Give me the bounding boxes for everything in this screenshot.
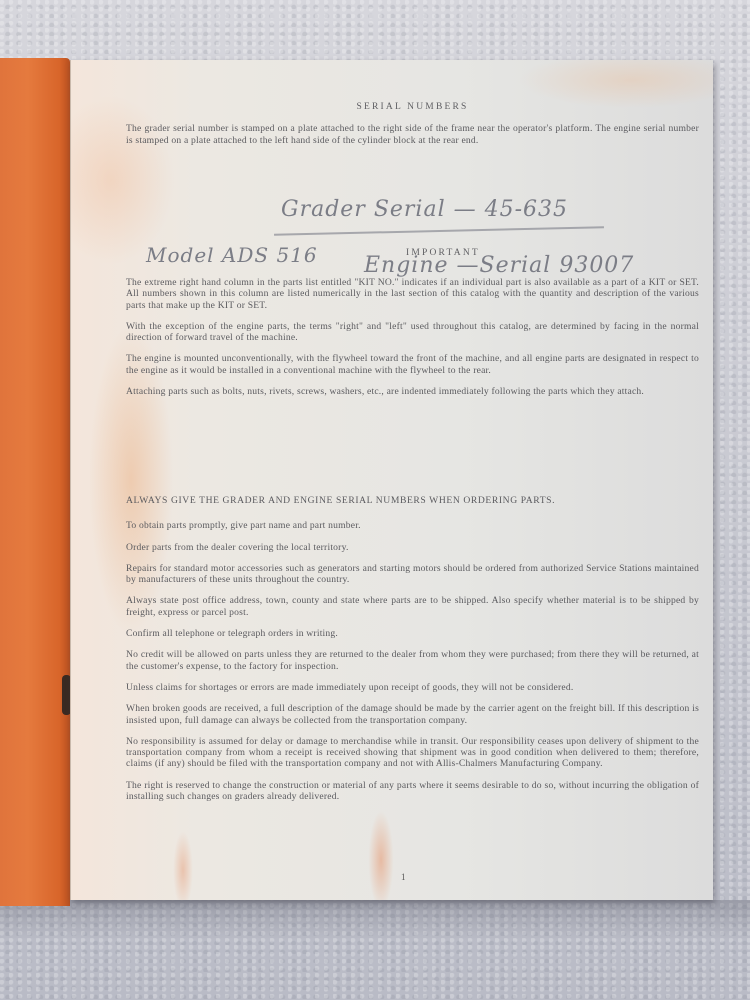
ordering-paragraph: Confirm all telephone or telegraph order… (126, 628, 699, 639)
ordering-paragraph: No responsibility is assumed for delay o… (126, 736, 699, 770)
important-paragraph: With the exception of the engine parts, … (126, 321, 699, 344)
page-title: SERIAL NUMBERS (126, 102, 699, 113)
important-paragraph: Attaching parts such as bolts, nuts, riv… (126, 386, 699, 397)
important-paragraph: The engine is mounted unconventionally, … (126, 353, 699, 376)
ordering-paragraph: Always state post office address, town, … (126, 595, 699, 618)
ordering-paragraph: When broken goods are received, a full d… (126, 703, 699, 726)
ordering-paragraph: No credit will be allowed on parts unles… (126, 649, 699, 672)
handwritten-grader-serial: Grader Serial — 45-635 (281, 204, 568, 215)
ordering-paragraph: Unless claims for shortages or errors ar… (126, 682, 699, 693)
serial-intro-paragraph: The grader serial number is stamped on a… (126, 123, 699, 146)
handwritten-model: Model ADS 516 (146, 250, 318, 261)
catalog-page: SERIAL NUMBERS The grader serial number … (70, 60, 713, 900)
important-paragraph: The extreme right hand column in the par… (126, 277, 699, 311)
page-content: SERIAL NUMBERS The grader serial number … (126, 102, 699, 156)
ordering-heading: ALWAYS GIVE THE GRADER AND ENGINE SERIAL… (126, 495, 699, 506)
ordering-section: ALWAYS GIVE THE GRADER AND ENGINE SERIAL… (126, 495, 699, 812)
background-carpet-shadow (0, 900, 750, 940)
handwritten-engine-serial: Engine —Serial 93007 (364, 260, 634, 271)
ordering-paragraph: To obtain parts promptly, give part name… (126, 520, 699, 531)
important-section: The extreme right hand column in the par… (126, 277, 699, 407)
ordering-paragraph: The right is reserved to change the cons… (126, 780, 699, 803)
orange-cover (0, 58, 70, 906)
ordering-paragraph: Repairs for standard motor accessories s… (126, 563, 699, 586)
page-number: 1 (401, 872, 406, 882)
ordering-paragraph: Order parts from the dealer covering the… (126, 542, 699, 553)
handwritten-underline (274, 226, 604, 235)
